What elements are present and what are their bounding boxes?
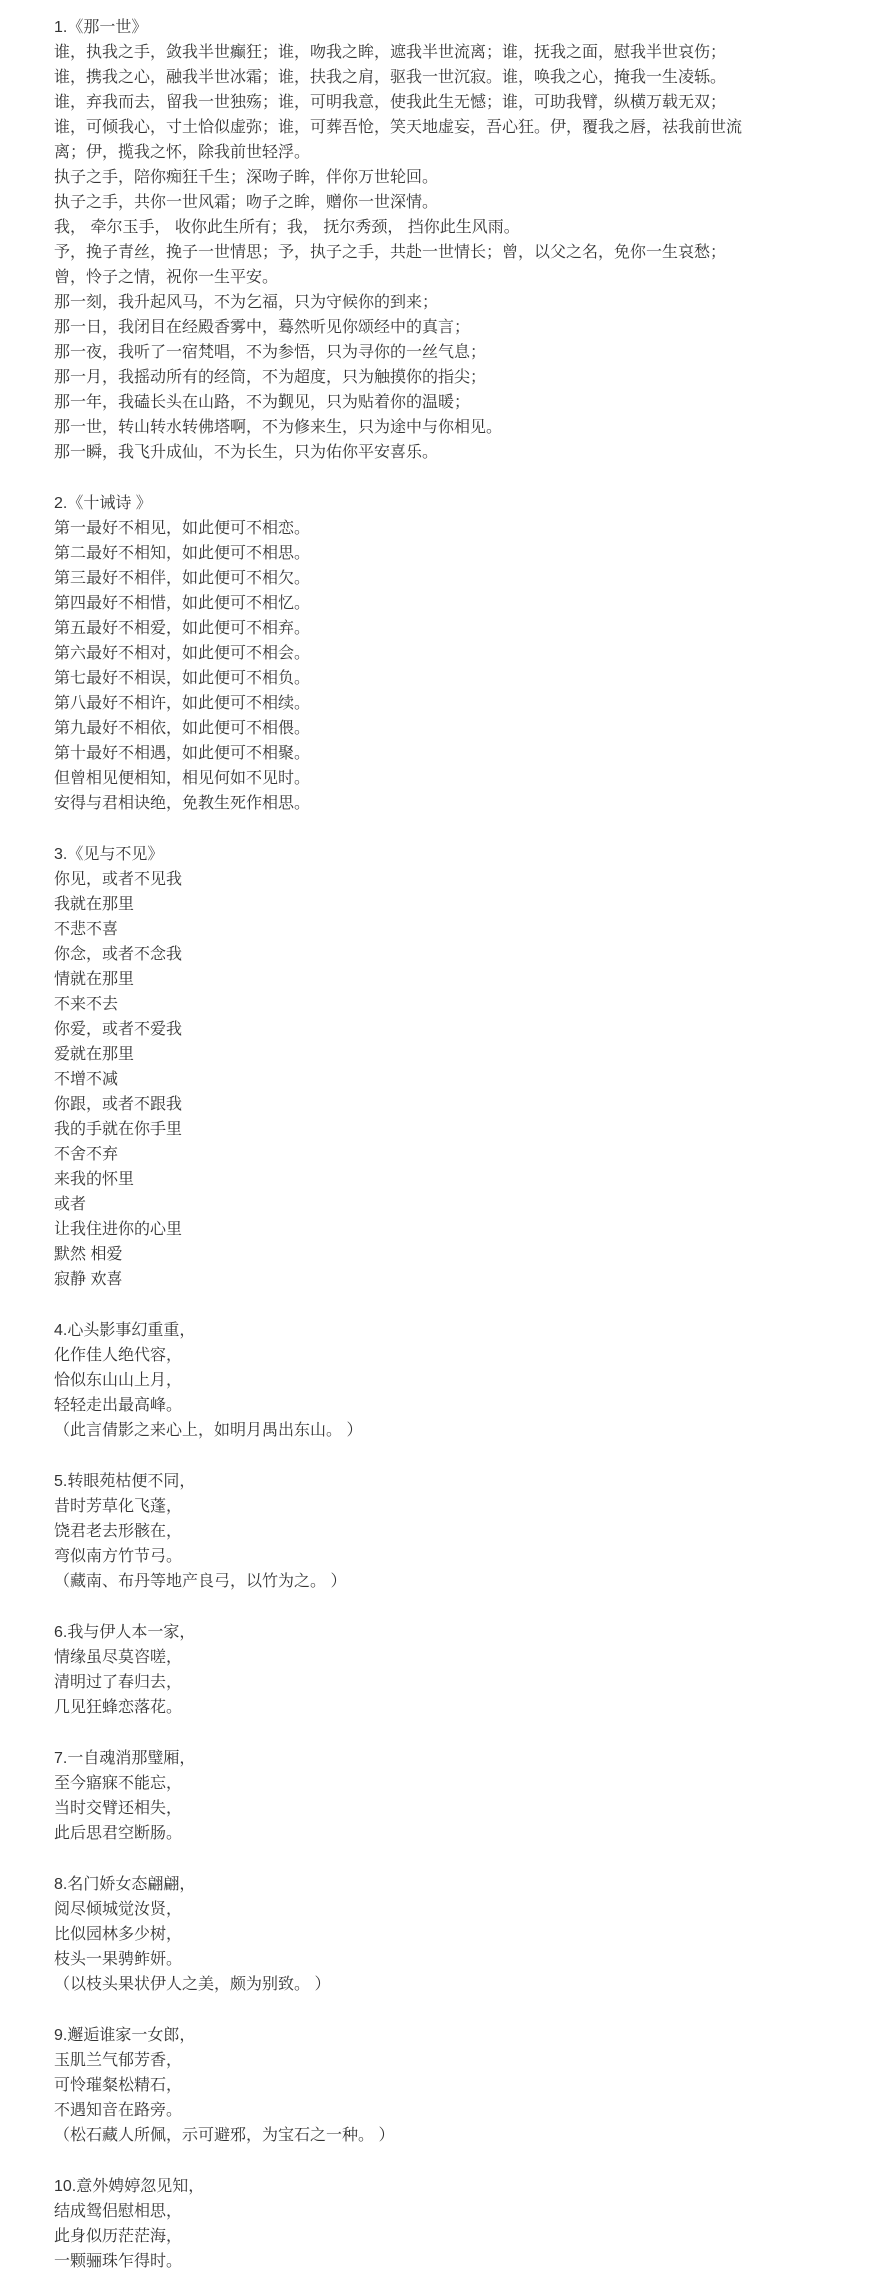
poem-line: 那一世，转山转水转佛塔啊，不为修来生，只为途中与你相见。 — [54, 415, 754, 440]
poem-line: 情缘虽尽莫咨嗟， — [54, 1645, 754, 1670]
poem-line: 情就在那里 — [54, 967, 754, 992]
poem-line: 阅尽倾城觉汝贤， — [54, 1897, 754, 1922]
poem-line: 饶君老去形骸在， — [54, 1519, 754, 1544]
poem-line: 你爱，或者不爱我 — [54, 1017, 754, 1042]
poem-line: 玉肌兰气郁芳香， — [54, 2048, 754, 2073]
poem-line: 来我的怀里 — [54, 1167, 754, 1192]
poem-document: 1.《那一世》谁，执我之手，敛我半世癫狂；谁，吻我之眸，遮我半世流离；谁，抚我之… — [0, 0, 754, 2284]
poem-line: 谁，执我之手，敛我半世癫狂；谁，吻我之眸，遮我半世流离；谁，抚我之面，慰我半世哀… — [54, 40, 754, 65]
poem-section-7: 7.一自魂消那璧厢，至今寤寐不能忘，当时交臂还相失，此后思君空断肠。 — [54, 1746, 754, 1846]
poem-line: 轻轻走出最高峰。 — [54, 1393, 754, 1418]
poem-line: 那一夜，我听了一宿梵唱，不为参悟，只为寻你的一丝气息； — [54, 340, 754, 365]
poem-line: 那一月，我摇动所有的经筒，不为超度，只为触摸你的指尖； — [54, 365, 754, 390]
poem-line: （松石藏人所佩，示可避邪，为宝石之一种。 ） — [54, 2123, 754, 2148]
poem-line: 予，挽子青丝，挽子一世情思；予，执子之手，共赴一世情长；曾，以父之名，免你一生哀… — [54, 240, 754, 265]
poem-line: 化作佳人绝代容， — [54, 1343, 754, 1368]
poem-line: 枝头一果骋鲊妍。 — [54, 1947, 754, 1972]
poem-line: 第八最好不相许，如此便可不相续。 — [54, 691, 754, 716]
poem-line: 结成鸳侣慰相思， — [54, 2199, 754, 2224]
poem-title-line: 2.《十诫诗 》 — [54, 491, 754, 516]
poem-line: 第三最好不相伴，如此便可不相欠。 — [54, 566, 754, 591]
poem-line: 那一年，我磕长头在山路，不为觐见，只为贴着你的温暖； — [54, 390, 754, 415]
poem-line: 让我住进你的心里 — [54, 1217, 754, 1242]
poem-line: 我， 牵尔玉手， 收你此生所有；我， 抚尔秀颈， 挡你此生风雨。 — [54, 215, 754, 240]
poem-line: 默然 相爱 — [54, 1242, 754, 1267]
poem-line: 不来不去 — [54, 992, 754, 1017]
poem-line: 我的手就在你手里 — [54, 1117, 754, 1142]
poem-line: 清明过了春归去， — [54, 1670, 754, 1695]
poem-line: 那一刻，我升起风马，不为乞福，只为守候你的到来； — [54, 290, 754, 315]
poem-title-line: 6.我与伊人本一家， — [54, 1620, 754, 1645]
poem-line: 你见，或者不见我 — [54, 867, 754, 892]
poem-section-4: 4.心头影事幻重重，化作佳人绝代容，恰似东山山上月，轻轻走出最高峰。（此言倩影之… — [54, 1318, 754, 1443]
poem-line: 离；伊，揽我之怀，除我前世轻浮。 — [54, 140, 754, 165]
poem-line: 但曾相见便相知，相见何如不见时。 — [54, 766, 754, 791]
poem-line: 执子之手，陪你痴狂千生；深吻子眸，伴你万世轮回。 — [54, 165, 754, 190]
poem-line: 可怜璀粲松精石， — [54, 2073, 754, 2098]
poem-line: 谁，弃我而去，留我一世独殇；谁，可明我意，使我此生无憾；谁，可助我臂，纵横万载无… — [54, 90, 754, 115]
poem-line: 此后思君空断肠。 — [54, 1821, 754, 1846]
poem-line: 第二最好不相知，如此便可不相思。 — [54, 541, 754, 566]
poem-title-line: 1.《那一世》 — [54, 15, 754, 40]
poem-line: 那一日，我闭目在经殿香雾中，蓦然听见你颂经中的真言； — [54, 315, 754, 340]
poem-line: 曾，怜子之情，祝你一生平安。 — [54, 265, 754, 290]
poem-line: （藏南、布丹等地产良弓，以竹为之。 ） — [54, 1569, 754, 1594]
poem-line: 谁，可倾我心，寸土恰似虚弥；谁，可葬吾怆，笑天地虚妄，吾心狂。伊，覆我之唇，祛我… — [54, 115, 754, 140]
poem-section-2: 2.《十诫诗 》第一最好不相见，如此便可不相恋。第二最好不相知，如此便可不相思。… — [54, 491, 754, 816]
poem-line: 安得与君相诀绝，免教生死作相思。 — [54, 791, 754, 816]
poem-line: 不舍不弃 — [54, 1142, 754, 1167]
poem-line: 那一瞬，我飞升成仙，不为长生，只为佑你平安喜乐。 — [54, 440, 754, 465]
poem-title-line: 8.名门娇女态翩翩， — [54, 1872, 754, 1897]
poem-section-8: 8.名门娇女态翩翩，阅尽倾城觉汝贤，比似园林多少树，枝头一果骋鲊妍。（以枝头果状… — [54, 1872, 754, 1997]
poem-section-5: 5.转眼苑枯便不同，昔时芳草化飞蓬，饶君老去形骸在，弯似南方竹节弓。（藏南、布丹… — [54, 1469, 754, 1594]
poem-line: 不遇知音在路旁。 — [54, 2098, 754, 2123]
poem-line: （以枝头果状伊人之美，颇为别致。 ） — [54, 1972, 754, 1997]
poem-section-6: 6.我与伊人本一家，情缘虽尽莫咨嗟，清明过了春归去，几见狂蜂恋落花。 — [54, 1620, 754, 1720]
poem-section-1: 1.《那一世》谁，执我之手，敛我半世癫狂；谁，吻我之眸，遮我半世流离；谁，抚我之… — [54, 15, 754, 465]
poem-line: 昔时芳草化飞蓬， — [54, 1494, 754, 1519]
poem-line: 此身似历茫茫海， — [54, 2224, 754, 2249]
poem-title-line: 9.邂逅谁家一女郎， — [54, 2023, 754, 2048]
poem-line: 弯似南方竹节弓。 — [54, 1544, 754, 1569]
poem-line: 第十最好不相遇，如此便可不相聚。 — [54, 741, 754, 766]
poem-line: 执子之手，共你一世风霜；吻子之眸，赠你一世深情。 — [54, 190, 754, 215]
poem-line: 不增不减 — [54, 1067, 754, 1092]
poem-line: 第七最好不相误，如此便可不相负。 — [54, 666, 754, 691]
poem-title-line: 5.转眼苑枯便不同， — [54, 1469, 754, 1494]
poem-line: 恰似东山山上月， — [54, 1368, 754, 1393]
poem-line: 一颗骊珠乍得时。 — [54, 2249, 754, 2274]
poem-title-line: 7.一自魂消那璧厢， — [54, 1746, 754, 1771]
poem-line: 你念，或者不念我 — [54, 942, 754, 967]
poem-line: 谁，携我之心，融我半世冰霜；谁，扶我之肩，驱我一世沉寂。谁，唤我之心，掩我一生凌… — [54, 65, 754, 90]
poem-line: 比似园林多少树， — [54, 1922, 754, 1947]
poem-line: 或者 — [54, 1192, 754, 1217]
poem-section-9: 9.邂逅谁家一女郎，玉肌兰气郁芳香，可怜璀粲松精石，不遇知音在路旁。（松石藏人所… — [54, 2023, 754, 2148]
poem-line: 我就在那里 — [54, 892, 754, 917]
poem-line: 第九最好不相依，如此便可不相偎。 — [54, 716, 754, 741]
poem-line: （此言倩影之来心上，如明月禺出东山。 ） — [54, 1418, 754, 1443]
poem-line: 不悲不喜 — [54, 917, 754, 942]
poem-line: 爱就在那里 — [54, 1042, 754, 1067]
poem-section-3: 3.《见与不见》你见，或者不见我我就在那里不悲不喜你念，或者不念我情就在那里不来… — [54, 842, 754, 1292]
poem-line: 第四最好不相惜，如此便可不相忆。 — [54, 591, 754, 616]
poem-title-line: 10.意外娉婷忽见知， — [54, 2174, 754, 2199]
poem-title-line: 4.心头影事幻重重， — [54, 1318, 754, 1343]
poem-line: 第六最好不相对，如此便可不相会。 — [54, 641, 754, 666]
poem-line: 第五最好不相爱，如此便可不相弃。 — [54, 616, 754, 641]
poem-section-10: 10.意外娉婷忽见知，结成鸳侣慰相思，此身似历茫茫海，一颗骊珠乍得时。 — [54, 2174, 754, 2274]
poem-line: 第一最好不相见，如此便可不相恋。 — [54, 516, 754, 541]
poem-title-line: 3.《见与不见》 — [54, 842, 754, 867]
poem-line: 至今寤寐不能忘， — [54, 1771, 754, 1796]
poem-line: 你跟，或者不跟我 — [54, 1092, 754, 1117]
poem-line: 当时交臂还相失， — [54, 1796, 754, 1821]
poem-line: 寂静 欢喜 — [54, 1267, 754, 1292]
poem-line: 几见狂蜂恋落花。 — [54, 1695, 754, 1720]
